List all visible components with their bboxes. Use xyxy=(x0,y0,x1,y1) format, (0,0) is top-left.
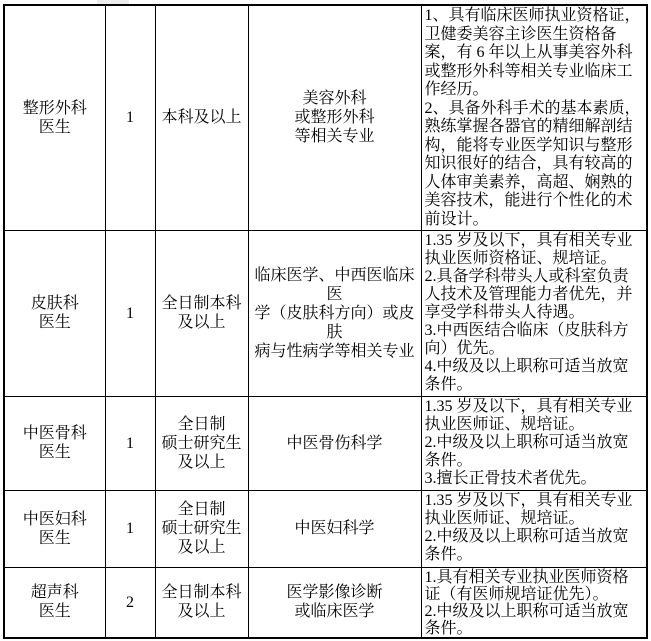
text-line: 或整形外科 xyxy=(249,108,421,127)
text-line: 及以上 xyxy=(156,313,248,332)
text-line: 医生 xyxy=(5,602,105,621)
text-line: 1.35 岁及以下，具有相关专业执业医师证、规培证。 xyxy=(425,492,645,528)
text-line: 及以上 xyxy=(156,453,248,472)
text-line: 医学影像诊断 xyxy=(249,583,421,602)
text-line: 本科及以上 xyxy=(156,108,248,127)
text-line: 2.中级及以上职称可适当放宽条件。 xyxy=(425,528,645,564)
text-line: 3.擅长正骨技术者优先。 xyxy=(425,470,645,488)
text-line: 中医妇科 xyxy=(5,510,105,529)
text-line: 3.中西医结合临床（皮肤科方向）优先。 xyxy=(425,322,645,358)
text-line: 整形外科 xyxy=(5,99,105,118)
text-line: 4.中级及以上职称可适当放宽条件。 xyxy=(425,358,645,394)
text-line: 临床医学、中西医临床医 xyxy=(249,266,421,304)
text-line: 等相关专业 xyxy=(249,127,421,146)
requirements-cell: 1.35 岁及以下，具有相关专业执业医师证、规培证。2.中级及以上职称可适当放宽… xyxy=(421,490,647,567)
text-line: 1.35 岁及以下，具有相关专业执业医师资格证、规培证。 xyxy=(425,232,645,268)
text-line: 中医骨科 xyxy=(5,424,105,443)
table-body: 整形外科医生 1 本科及以上 美容外科或整形外科等相关专业 1、具有临床医师执业… xyxy=(4,5,647,638)
major-cell: 美容外科或整形外科等相关专业 xyxy=(248,5,421,230)
text-line: 医生 xyxy=(5,529,105,548)
table-row: 超声科医生 2 全日制本科及以上 医学影像诊断或临床医学 1.具有相关专业执业医… xyxy=(4,567,647,638)
text-line: 全日制 xyxy=(156,500,248,519)
text-line: 超声科 xyxy=(5,583,105,602)
text-line: 2.中级及以上职称可适当放宽条件。 xyxy=(425,434,645,470)
text-line: 中医骨伤科学 xyxy=(249,434,421,453)
text-line: 全日制本科 xyxy=(156,294,248,313)
table-row: 整形外科医生 1 本科及以上 美容外科或整形外科等相关专业 1、具有临床医师执业… xyxy=(4,5,647,230)
text-line: 1.具有相关专业执业医师资格证（有医师规培证优先）。 xyxy=(425,569,645,603)
text-line: 1、具有临床医师执业资格证，卫健委美容主诊医生资格备案，有 6 年以上从事美容外… xyxy=(425,7,645,100)
position-cell: 超声科医生 xyxy=(4,567,105,638)
text-line: 及以上 xyxy=(156,538,248,557)
table-row: 皮肤科医生 1 全日制本科及以上 临床医学、中西医临床医学（皮肤科方向）或皮肤病… xyxy=(4,230,647,396)
text-line: 医生 xyxy=(5,313,105,332)
text-line: 皮肤科 xyxy=(5,294,105,313)
headcount-value: 1 xyxy=(126,520,134,537)
headcount-cell: 1 xyxy=(105,490,155,567)
text-line: 2.具备学科带头人或科室负责人技术及管理能力者优先，并享受学科带头人待遇。 xyxy=(425,268,645,322)
education-cell: 全日制硕士研究生及以上 xyxy=(155,396,248,490)
position-cell: 整形外科医生 xyxy=(4,5,105,230)
requirements-cell: 1.具有相关专业执业医师资格证（有医师规培证优先）。2.中级及以上职称可适当放宽… xyxy=(421,567,647,638)
text-line: 全日制本科 xyxy=(156,583,248,602)
major-cell: 医学影像诊断或临床医学 xyxy=(248,567,421,638)
text-line: 2、具备外科手术的基本素质，熟练掌握各器官的精细解剖结构，能将专业医学知识与整形… xyxy=(425,100,645,230)
text-line: 或临床医学 xyxy=(249,602,421,621)
position-cell: 中医妇科医生 xyxy=(4,490,105,567)
headcount-cell: 1 xyxy=(105,5,155,230)
education-cell: 全日制本科及以上 xyxy=(155,230,248,396)
headcount-value: 1 xyxy=(126,435,134,452)
text-line: 美容外科 xyxy=(249,89,421,108)
text-line: 学（皮肤科方向）或皮肤 xyxy=(249,304,421,342)
text-line: 2.中级及以上职称可适当放宽条件。 xyxy=(425,603,645,637)
headcount-value: 1 xyxy=(126,305,134,322)
text-line: 病与性病学等相关专业 xyxy=(249,342,421,361)
table-row: 中医骨科医生 1 全日制硕士研究生及以上 中医骨伤科学 1.35 岁及以下，具有… xyxy=(4,396,647,490)
table-row: 中医妇科医生 1 全日制硕士研究生及以上 中医妇科学 1.35 岁及以下，具有相… xyxy=(4,490,647,567)
text-line: 硕士研究生 xyxy=(156,519,248,538)
text-line: 全日制 xyxy=(156,415,248,434)
headcount-cell: 2 xyxy=(105,567,155,638)
requirements-cell: 1.35 岁及以下，具有相关专业执业医师资格证、规培证。2.具备学科带头人或科室… xyxy=(421,230,647,396)
major-cell: 中医妇科学 xyxy=(248,490,421,567)
education-cell: 全日制本科及以上 xyxy=(155,567,248,638)
headcount-value: 1 xyxy=(126,109,134,126)
text-line: 医生 xyxy=(5,118,105,137)
text-line: 中医妇科学 xyxy=(249,519,421,538)
text-line: 及以上 xyxy=(156,602,248,621)
major-cell: 中医骨伤科学 xyxy=(248,396,421,490)
requirements-cell: 1、具有临床医师执业资格证，卫健委美容主诊医生资格备案，有 6 年以上从事美容外… xyxy=(421,5,647,230)
headcount-cell: 1 xyxy=(105,396,155,490)
recruitment-table: 整形外科医生 1 本科及以上 美容外科或整形外科等相关专业 1、具有临床医师执业… xyxy=(3,4,648,639)
text-line: 1.35 岁及以下，具有相关专业执业医师证、规培证。 xyxy=(425,398,645,434)
requirements-cell: 1.35 岁及以下，具有相关专业执业医师证、规培证。2.中级及以上职称可适当放宽… xyxy=(421,396,647,490)
education-cell: 本科及以上 xyxy=(155,5,248,230)
text-line: 医生 xyxy=(5,443,105,462)
position-cell: 中医骨科医生 xyxy=(4,396,105,490)
headcount-cell: 1 xyxy=(105,230,155,396)
education-cell: 全日制硕士研究生及以上 xyxy=(155,490,248,567)
headcount-value: 2 xyxy=(126,594,134,611)
major-cell: 临床医学、中西医临床医学（皮肤科方向）或皮肤病与性病学等相关专业 xyxy=(248,230,421,396)
position-cell: 皮肤科医生 xyxy=(4,230,105,396)
text-line: 硕士研究生 xyxy=(156,434,248,453)
